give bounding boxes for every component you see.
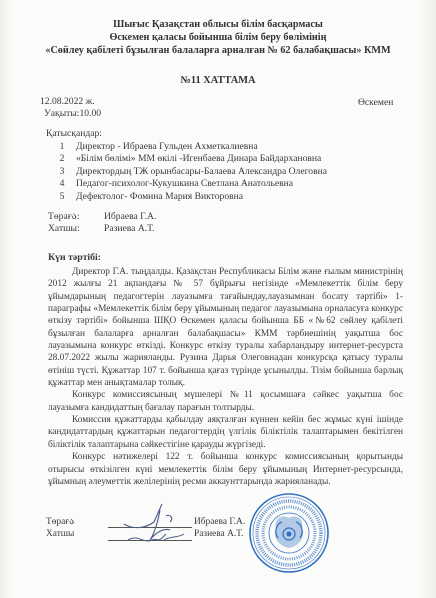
participants-label: Қатысқандар: <box>46 128 102 140</box>
header-line-department: Өскемен қаласы бойынша білім беру бөлімі… <box>0 31 436 44</box>
chair-row: Төрағა: Ибраева Г.А. <box>48 211 156 223</box>
document-date: 12.08.2022 ж. <box>40 96 95 108</box>
agenda-heading: Күн тәртібі: <box>48 252 101 263</box>
header-line-institution: «Сөйлеу қабілеті бұзылған балаларға арна… <box>0 44 436 57</box>
official-stamp-icon <box>248 492 330 574</box>
agenda-body: Директор Г.А. тыңдалды. Қазақстан Респуб… <box>48 266 403 488</box>
agenda-paragraph: Конкурс комиссиясының мүшелері №11 қосым… <box>48 389 403 414</box>
org-header: Шығыс Қазақстан облысы білім басқармасы … <box>0 18 436 57</box>
secretary-row: Хатшы: Разиева А.Т. <box>48 223 156 235</box>
participant-number: 3 <box>48 166 76 178</box>
participant-row: 4 Педагог-психолог-Кукушкина Светлана Ан… <box>46 178 327 190</box>
participant-text: «Білім бөлімі» ММ өкілі -Игенбаева Динар… <box>76 153 321 165</box>
document-title: №11 ХАТТАМА <box>0 75 436 86</box>
participant-text: Дефектолог- Фомина Мария Викторовна <box>76 191 243 203</box>
agenda-paragraph: Комиссия құжаттарды қабылдау аяқталған к… <box>48 414 403 451</box>
secretary-name: Разиева А.Т. <box>104 223 154 235</box>
secretary-sign-name: Разиева А.Т. <box>194 528 243 540</box>
participant-number: 4 <box>48 178 76 190</box>
participants-list: 1 Директор - Ибраева Гульден Ахметкалиев… <box>46 141 327 203</box>
chair-name: Ибраева Г.А. <box>104 211 156 223</box>
secretary-sign-label: Хатшы <box>46 528 108 540</box>
chair-sign-label: Төрағა <box>46 516 108 528</box>
header-line-region: Шығыс Қазақстан облысы білім басқармасы <box>0 18 436 31</box>
participant-row: 3 Директордың ТЖ орынбасары-Балаева Алек… <box>46 166 327 178</box>
officers-block: Төрағა: Ибраева Г.А. Хатшы: Разиева А.Т. <box>48 211 156 236</box>
participant-text: Директордың ТЖ орынбасары-Балаева Алекса… <box>76 166 327 178</box>
agenda-paragraph: Директор Г.А. тыңдалды. Қазақстан Респуб… <box>48 266 403 389</box>
participant-number: 2 <box>48 153 76 165</box>
participant-text: Директор - Ибраева Гульден Ахметкалиевна <box>76 141 258 153</box>
participant-row: 2 «Білім бөлімі» ММ өкілі -Игенбаева Дин… <box>46 153 327 165</box>
document-page: Шығыс Қазақстан облысы білім басқармасы … <box>0 0 436 598</box>
meeting-time: Уақыты:10.00 <box>44 108 101 120</box>
chair-label: Төрағა: <box>48 211 104 223</box>
participant-row: 5 Дефектолог- Фомина Мария Викторовна <box>46 191 327 203</box>
participant-number: 5 <box>48 191 76 203</box>
participant-row: 1 Директор - Ибраева Гульден Ахметкалиев… <box>46 141 327 153</box>
participant-text: Педагог-психолог-Кукушкина Светлана Анат… <box>76 178 293 190</box>
city-name: Өскемен <box>358 97 393 109</box>
agenda-paragraph: Конкурс нәтижелері 122 т. бойынша конкур… <box>48 451 403 488</box>
secretary-label: Хатшы: <box>48 223 104 235</box>
participant-number: 1 <box>48 141 76 153</box>
chair-sign-name: Ибраева Г.А. <box>194 516 245 528</box>
handwritten-signature-icon <box>120 500 190 548</box>
